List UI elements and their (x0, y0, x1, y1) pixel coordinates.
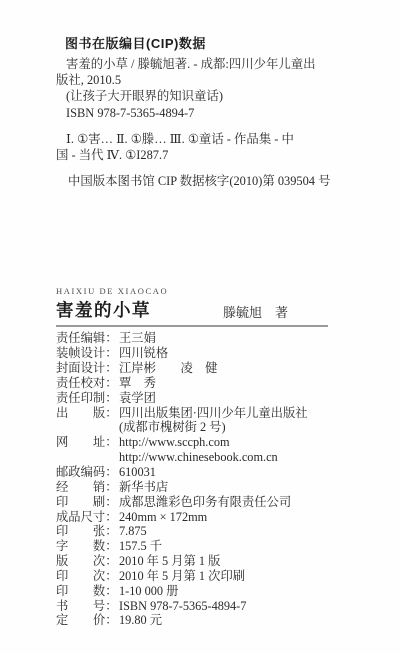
colophon-row-price: 定 价：19.80 元 (56, 613, 328, 628)
book-copyright-page: 图书在版编目(CIP)数据 害羞的小草 / 滕毓旭著. - 成都:四川少年儿童出… (0, 0, 400, 654)
title-row: 害羞的小草 滕毓旭 著 (56, 297, 328, 322)
colophon-label (56, 420, 119, 435)
cip-line: 国 - 当代 Ⅳ. ①I287.7 (56, 147, 328, 163)
colophon-list: 责任编辑：王三娟 装帧设计：四川锐格 封面设计：江岸彬 凌 健 责任校对：覃 秀… (56, 331, 328, 628)
colophon-row-print-supervisor: 责任印制：袁学团 (56, 391, 328, 406)
book-author: 滕毓旭 著 (223, 302, 288, 322)
colophon-value: ISBN 978-7-5365-4894-7 (119, 599, 246, 614)
colophon-value: http://www.sccph.com (119, 435, 230, 450)
colophon-value: 19.80 元 (119, 613, 162, 628)
colophon-row-dimensions: 成品尺寸：240mm × 172mm (56, 510, 328, 525)
colophon-value: 157.5 千 (119, 539, 162, 554)
colophon-row-distributor: 经 销：新华书店 (56, 480, 328, 495)
colophon-row-publisher-address: (成都市槐树街 2 号) (56, 420, 328, 435)
colophon-row-word-count: 字 数：157.5 千 (56, 539, 328, 554)
colophon-label: 责任编辑： (56, 331, 119, 346)
colophon-value: 袁学团 (119, 391, 156, 406)
colophon-value: 王三娟 (119, 331, 156, 346)
colophon-row-postcode: 邮政编码：610031 (56, 465, 328, 480)
cip-line: 害羞的小草 / 滕毓旭著. - 成都:四川少年儿童出 (56, 56, 328, 72)
title-pinyin: HAIXIU DE XIAOCAO (56, 286, 328, 296)
colophon-value: 成都思潍彩色印务有限责任公司 (119, 495, 291, 510)
colophon-label: 责任印制： (56, 391, 119, 406)
colophon-value: 1-10 000 册 (119, 584, 178, 599)
colophon-row-sheets: 印 张：7.875 (56, 524, 328, 539)
colophon-label: 印 张： (56, 524, 119, 539)
cip-line: 版社, 2010.5 (56, 72, 328, 88)
colophon-value: 四川锐格 (119, 346, 168, 361)
colophon-label: 印 刷： (56, 495, 119, 510)
colophon-label: 版 次： (56, 554, 119, 569)
colophon-row-publisher: 出 版：四川出版集团·四川少年儿童出版社 (56, 406, 328, 421)
cip-classification: Ⅰ. ①害… Ⅱ. ①滕… Ⅲ. ①童话 - 作品集 - 中 国 - 当代 Ⅳ.… (56, 131, 328, 163)
colophon-value: 2010 年 5 月第 1 版 (119, 554, 220, 569)
colophon-row-website: 网 址：http://www.sccph.com (56, 435, 328, 450)
colophon-row-editor: 责任编辑：王三娟 (56, 331, 328, 346)
colophon-value: 覃 秀 (119, 376, 156, 391)
colophon-value: 四川出版集团·四川少年儿童出版社 (119, 406, 308, 421)
colophon-label (56, 450, 119, 465)
colophon-value: http://www.chinesebook.com.cn (119, 450, 278, 465)
cip-line: Ⅰ. ①害… Ⅱ. ①滕… Ⅲ. ①童话 - 作品集 - 中 (56, 131, 328, 147)
title-divider (56, 325, 328, 327)
colophon-row-edition: 版 次：2010 年 5 月第 1 版 (56, 554, 328, 569)
colophon-value: 240mm × 172mm (119, 510, 207, 525)
colophon-label: 定 价： (56, 613, 119, 628)
book-title: 害羞的小草 (56, 297, 151, 322)
colophon-row-binding-design: 装帧设计：四川锐格 (56, 346, 328, 361)
colophon-label: 装帧设计： (56, 346, 119, 361)
colophon-value: 江岸彬 凌 健 (119, 361, 217, 376)
colophon-label: 印 数： (56, 584, 119, 599)
colophon-row-print-run: 印 数：1-10 000 册 (56, 584, 328, 599)
cip-header: 图书在版编目(CIP)数据 (56, 33, 328, 52)
cip-block: 图书在版编目(CIP)数据 害羞的小草 / 滕毓旭著. - 成都:四川少年儿童出… (56, 0, 328, 189)
colophon-row-website-2: http://www.chinesebook.com.cn (56, 450, 328, 465)
colophon-row-cover-design: 封面设计：江岸彬 凌 健 (56, 361, 328, 376)
colophon-value: 2010 年 5 月第 1 次印刷 (119, 569, 245, 584)
colophon-value: 610031 (119, 465, 156, 480)
colophon-row-isbn: 书 号：ISBN 978-7-5365-4894-7 (56, 599, 328, 614)
page-content: 图书在版编目(CIP)数据 害羞的小草 / 滕毓旭著. - 成都:四川少年儿童出… (56, 0, 328, 628)
cip-line: ISBN 978-7-5365-4894-7 (56, 105, 328, 121)
cip-line: (让孩子大开眼界的知识童话) (56, 88, 328, 104)
colophon-label: 经 销： (56, 480, 119, 495)
colophon-row-proofreader: 责任校对：覃 秀 (56, 376, 328, 391)
colophon-label: 印 次： (56, 569, 119, 584)
colophon-label: 字 数： (56, 539, 119, 554)
title-block: HAIXIU DE XIAOCAO 害羞的小草 滕毓旭 著 (56, 286, 328, 327)
colophon-value: 新华书店 (119, 480, 168, 495)
colophon-value: (成都市槐树街 2 号) (119, 420, 226, 435)
colophon-row-printer: 印 刷：成都思潍彩色印务有限责任公司 (56, 495, 328, 510)
colophon-label: 出 版： (56, 406, 119, 421)
colophon-value: 7.875 (119, 524, 147, 539)
colophon-label: 邮政编码： (56, 465, 119, 480)
colophon-label: 网 址： (56, 435, 119, 450)
colophon-label: 封面设计： (56, 361, 119, 376)
colophon-row-impression: 印 次：2010 年 5 月第 1 次印刷 (56, 569, 328, 584)
colophon-label: 成品尺寸： (56, 510, 119, 525)
cip-record-note: 中国版本图书馆 CIP 数据核字(2010)第 039504 号 (56, 173, 328, 189)
colophon-label: 书 号： (56, 599, 119, 614)
colophon-label: 责任校对： (56, 376, 119, 391)
